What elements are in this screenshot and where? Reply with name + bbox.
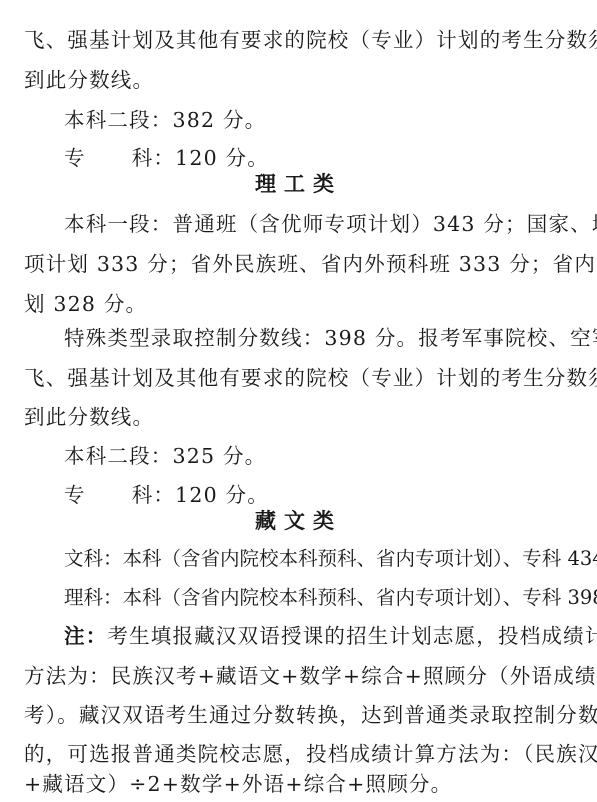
zangwen-note-line-4: 的，可选报普通类院校志愿，投档成绩计算方法为：（民族汉考 bbox=[24, 740, 584, 768]
document-page: 飞、强基计划及其他有要求的院校（专业）计划的考生分数须达 到此分数线。 本科二段… bbox=[0, 0, 597, 802]
ligong-zhuanke-line: 专科：120 分。 bbox=[64, 481, 597, 509]
note-label: 注： bbox=[64, 624, 107, 648]
ligong-zhuanke-label-a: 专 bbox=[64, 483, 86, 507]
zangwen-note-line-3: 考）。藏汉双语考生通过分数转换，达到普通类录取控制分数线 bbox=[24, 701, 584, 729]
prev-section-line-1: 飞、强基计划及其他有要求的院校（专业）计划的考生分数须达 bbox=[24, 26, 584, 54]
ligong-zhuanke-label-b: 科： bbox=[132, 483, 175, 507]
ligong-benke-yi-line-3: 划 328 分。 bbox=[24, 290, 584, 318]
ligong-benke-yi-line-1: 本科一段：普通班（含优师专项计划）343 分；国家、地方专 bbox=[64, 210, 584, 238]
ligong-benke-er-line: 本科二段：325 分。 bbox=[64, 442, 597, 470]
heading-zangwen: 藏文类 bbox=[0, 507, 597, 535]
prev-zhuanke-label-a: 专 bbox=[64, 146, 86, 170]
zangwen-wenke-line: 文科：本科（含省内院校本科预科、省内专项计划）、专科 434 分。 bbox=[64, 545, 597, 573]
ligong-benke-er-label: 本科二段： bbox=[64, 444, 173, 468]
prev-benke-er-line: 本科二段：382 分。 bbox=[64, 106, 597, 134]
prev-zhuanke-value: 120 分。 bbox=[175, 146, 269, 170]
note-text-1: 考生填报藏汉双语授课的招生计划志愿，投档成绩计算 bbox=[107, 624, 597, 648]
ligong-zhuanke-value: 120 分。 bbox=[175, 483, 269, 507]
ligong-benke-er-value: 325 分。 bbox=[173, 444, 267, 468]
prev-zhuanke-line: 专科：120 分。 bbox=[64, 144, 597, 172]
zangwen-like-line: 理科：本科（含省内院校本科预科、省内专项计划）、专科 398 分。 bbox=[64, 584, 597, 612]
prev-zhuanke-label-b: 科： bbox=[132, 146, 175, 170]
ligong-special-line-2: 飞、强基计划及其他有要求的院校（专业）计划的考生分数须达 bbox=[24, 364, 584, 392]
ligong-special-line-1: 特殊类型录取控制分数线：398 分。报考军事院校、空军招 bbox=[64, 324, 597, 352]
ligong-special-line-3: 到此分数线。 bbox=[24, 403, 584, 431]
zangwen-note-line-5: +藏语文）÷2+数学+外语+综合+照顾分。 bbox=[24, 770, 584, 798]
prev-benke-er-label: 本科二段： bbox=[64, 108, 173, 132]
zangwen-note-line-2: 方法为：民族汉考+藏语文+数学+综合+照顾分（外语成绩仅作参 bbox=[24, 662, 584, 690]
zangwen-note-line-1: 注：考生填报藏汉双语授课的招生计划志愿，投档成绩计算 bbox=[64, 622, 597, 650]
ligong-benke-yi-line-2: 项计划 333 分；省外民族班、省内外预科班 333 分；省内专项计 bbox=[24, 250, 584, 278]
heading-ligong: 理工类 bbox=[0, 170, 597, 198]
prev-section-line-2: 到此分数线。 bbox=[24, 66, 584, 94]
prev-benke-er-value: 382 分。 bbox=[173, 108, 267, 132]
